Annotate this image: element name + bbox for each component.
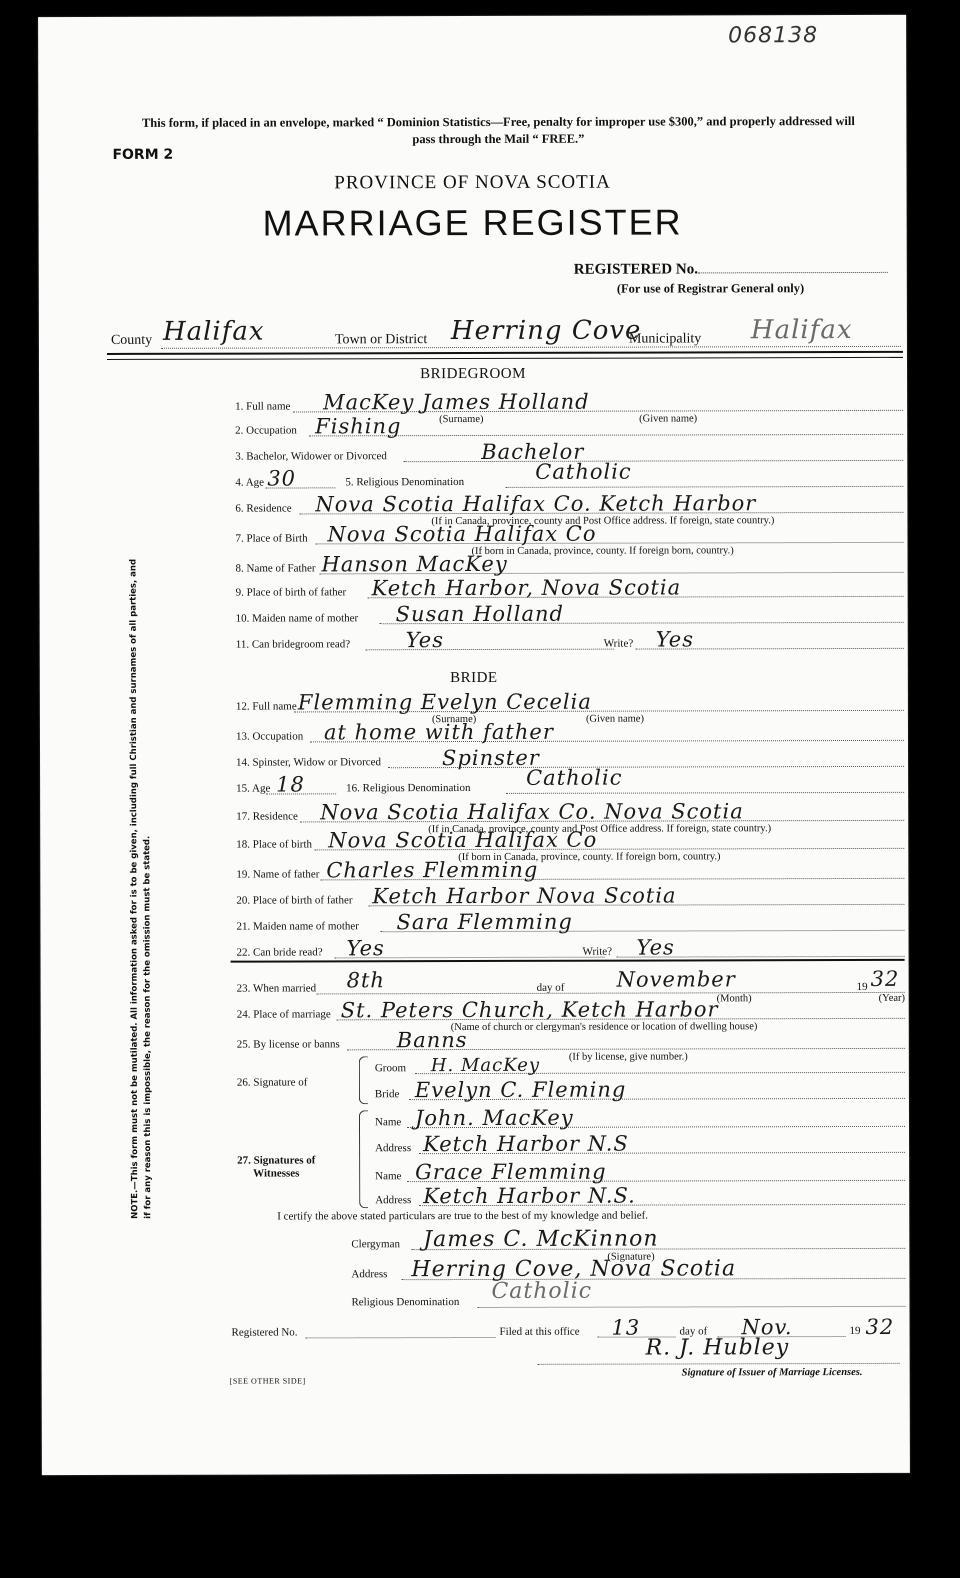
- clergyman-label: Clergyman: [351, 1238, 400, 1250]
- form-number: FORM 2: [112, 147, 173, 163]
- signature-brace: [359, 1056, 368, 1104]
- witness-name-label: Name: [375, 1170, 401, 1182]
- dotted-line: [505, 486, 903, 488]
- bride-read-label: 22. Can bride read?: [237, 946, 323, 958]
- bride-heading: BRIDE: [40, 669, 908, 688]
- groom-signature-row: Groom H. MacKey: [375, 1053, 905, 1076]
- groom-age-label: 4. Age: [235, 477, 264, 489]
- clergy-denomination-row: Religious Denomination Catholic: [351, 1285, 905, 1310]
- filed-day-value: 13: [611, 1316, 640, 1340]
- bride-father-birthplace-value: Ketch Harbor Nova Scotia: [372, 883, 676, 908]
- dotted-line: [306, 1337, 496, 1338]
- clergy-denomination-value: Catholic: [491, 1279, 592, 1304]
- groom-signature-label: Groom: [375, 1062, 406, 1074]
- bride-occupation-label: 13. Occupation: [236, 730, 303, 742]
- year-prefix: 19: [857, 981, 868, 993]
- witness-2-address-row: Address Ketch Harbor N.S.: [375, 1185, 905, 1208]
- filing-registered-no-label: Registered No.: [232, 1326, 298, 1338]
- filing-row: Registered No. Filed at this office 13 d…: [232, 1317, 906, 1341]
- groom-religion-value: Catholic: [535, 460, 631, 484]
- clergy-address-label: Address: [351, 1268, 387, 1280]
- mail-notice: This form, if placed in an envelope, mar…: [138, 113, 858, 149]
- groom-read-label: 11. Can bridegroom read?: [236, 638, 350, 650]
- witness-2-address: Ketch Harbor N.S.: [423, 1184, 636, 1209]
- bride-write-label: Write?: [583, 946, 613, 958]
- groom-occupation-row: 2. Occupation Fishing: [235, 415, 903, 439]
- groom-father-row: 8. Name of Father Hanson MacKey: [236, 553, 904, 577]
- groom-occupation-value: Fishing: [315, 414, 401, 438]
- groom-birthplace-row: 7. Place of Birth Nova Scotia Halifax Co: [235, 523, 903, 547]
- signature-of-label: 26. Signature of: [237, 1076, 308, 1088]
- dotted-line: [506, 792, 904, 794]
- groom-mother-value: Susan Holland: [396, 602, 564, 626]
- dotted-line: [477, 1306, 905, 1308]
- license-banns-row: 25. By license or banns Banns: [237, 1029, 905, 1053]
- groom-father-label: 8. Name of Father: [236, 562, 316, 574]
- bride-status-label: 14. Spinster, Widow or Divorced: [236, 756, 381, 768]
- groom-birthplace-label: 7. Place of Birth: [235, 532, 307, 544]
- clergy-denomination-label: Religious Denomination: [351, 1296, 459, 1308]
- witness-name-label: Name: [375, 1116, 401, 1128]
- witness-address-label: Address: [375, 1142, 411, 1154]
- groom-father-birthplace-row: 9. Place of birth of father Ketch Harbor…: [236, 577, 904, 601]
- groom-full-name-label: 1. Full name: [235, 400, 290, 412]
- bride-birthplace-label: 18. Place of birth: [236, 838, 312, 850]
- issuer-signature-line: [538, 1363, 900, 1365]
- groom-age-religion-row: 4. Age 30 5. Religious Denomination Cath…: [235, 467, 903, 491]
- location-line: [161, 346, 901, 349]
- bride-section-divider: [231, 959, 905, 963]
- place-of-marriage-label: 24. Place of marriage: [237, 1008, 331, 1020]
- bride-father-row: 19. Name of father Charles Flemming: [236, 859, 904, 883]
- marriage-day-value: 8th: [347, 968, 385, 992]
- registered-number-line: [698, 272, 888, 273]
- registered-number-note: (For use of Registrar General only): [617, 281, 804, 296]
- bride-mother-value: Sara Flemming: [396, 910, 572, 934]
- groom-full-name-value: MacKey James Holland: [323, 390, 590, 415]
- groom-signature: H. MacKey: [431, 1055, 540, 1076]
- witness-2-name: Grace Flemming: [415, 1160, 606, 1185]
- marriage-date-row: 23. When married 8th day of November 19 …: [237, 973, 905, 997]
- issuer-label: Signature of Issuer of Marriage Licenses…: [682, 1367, 863, 1378]
- bride-religion-label: 16. Religious Denomination: [346, 782, 470, 794]
- certification-statement: I certify the above stated particulars a…: [277, 1210, 648, 1223]
- groom-age-value: 30: [267, 466, 296, 490]
- groom-birthplace-value: Nova Scotia Halifax Co: [327, 522, 596, 547]
- witness-1-name-row: Name John. MacKey: [375, 1107, 905, 1130]
- bride-birthplace-value: Nova Scotia Halifax Co: [328, 828, 597, 853]
- page-title: MARRIAGE REGISTER: [39, 201, 907, 245]
- header-divider: [107, 351, 903, 360]
- bride-father-value: Charles Flemming: [326, 858, 538, 883]
- bride-full-name-label: 12. Full name: [236, 700, 297, 712]
- bride-father-label: 19. Name of father: [236, 868, 319, 880]
- groom-residence-row: 6. Residence Nova Scotia Halifax Co. Ket…: [235, 493, 903, 517]
- registered-number-label: REGISTERED No.: [574, 261, 698, 277]
- municipality-label: Municipality: [629, 331, 701, 347]
- groom-write-value: Yes: [656, 627, 694, 651]
- filed-year-value: 32: [865, 1315, 894, 1339]
- place-of-marriage-value: St. Peters Church, Ketch Harbor: [341, 997, 719, 1022]
- license-banns-value: Banns: [397, 1028, 468, 1052]
- bride-birthplace-row: 18. Place of birth Nova Scotia Halifax C…: [236, 829, 904, 853]
- groom-father-birthplace-label: 9. Place of birth of father: [236, 586, 347, 598]
- bride-literacy-row: 22. Can bride read? Yes Write? Yes: [237, 937, 905, 961]
- groom-father-value: Hanson MacKey: [321, 552, 507, 576]
- groom-write-label: Write?: [604, 638, 634, 650]
- town-label: Town or District: [335, 332, 427, 348]
- municipality-value: Halifax: [751, 315, 853, 345]
- registered-number-field: REGISTERED No.: [574, 261, 888, 279]
- dotted-line: [317, 992, 905, 995]
- witnesses-label: 27. Signatures of Witnesses: [237, 1154, 315, 1180]
- marriage-place-row: 24. Place of marriage St. Peters Church,…: [237, 999, 905, 1023]
- bride-write-value: Yes: [636, 935, 674, 959]
- issuer-signature: R. J. Hubley: [646, 1335, 790, 1360]
- bride-occupation-row: 13. Occupation at home with father: [236, 721, 904, 745]
- filed-year-prefix: 19: [850, 1325, 861, 1337]
- dotted-line: [403, 460, 903, 462]
- day-of-label: day of: [537, 982, 565, 994]
- when-married-label: 23. When married: [237, 982, 317, 994]
- groom-religion-label: 5. Religious Denomination: [345, 476, 464, 488]
- witness-1-name: John. MacKey: [415, 1106, 574, 1130]
- bride-mother-row: 21. Maiden name of mother Sara Flemming: [236, 911, 904, 935]
- bride-full-name-row: 12. Full name Flemming Evelyn Cecelia: [236, 691, 904, 715]
- clergyman-signature: James C. McKinnon: [423, 1227, 658, 1253]
- marriage-register-form: 068138 This form, if placed in an envelo…: [38, 15, 910, 1475]
- bride-age-value: 18: [276, 772, 305, 796]
- bridegroom-heading: BRIDEGROOM: [39, 365, 907, 384]
- bride-residence-row: 17. Residence Nova Scotia Halifax Co. No…: [236, 801, 904, 825]
- witnesses-brace: [359, 1110, 368, 1208]
- marriage-year-value: 32: [871, 967, 900, 991]
- groom-residence-label: 6. Residence: [235, 502, 291, 514]
- witnesses-label-line2: Witnesses: [237, 1167, 315, 1180]
- witnesses-label-line1: 27. Signatures of: [237, 1154, 315, 1167]
- bride-mother-label: 21. Maiden name of mother: [236, 920, 359, 932]
- see-other-side: [SEE OTHER SIDE]: [230, 1376, 306, 1385]
- clergy-address-row: Address Herring Cove, Nova Scotia: [351, 1257, 905, 1282]
- groom-literacy-row: 11. Can bridegroom read? Yes Write? Yes: [236, 629, 904, 653]
- bride-signature-label: Bride: [375, 1088, 399, 1100]
- groom-status-label: 3. Bachelor, Widower or Divorced: [235, 450, 387, 462]
- groom-occupation-label: 2. Occupation: [235, 424, 297, 436]
- bride-signature-row: Bride Evelyn C. Fleming: [375, 1079, 905, 1102]
- bride-religion-value: Catholic: [526, 766, 622, 790]
- groom-residence-value: Nova Scotia Halifax Co. Ketch Harbor: [315, 491, 756, 516]
- bride-read-value: Yes: [347, 936, 385, 960]
- bride-father-birthplace-label: 20. Place of birth of father: [236, 894, 352, 906]
- bride-age-religion-row: 15. Age 18 16. Religious Denomination Ca…: [236, 773, 904, 797]
- bride-full-name-value: Flemming Evelyn Cecelia: [298, 690, 592, 715]
- witness-1-address: Ketch Harbor N.S: [423, 1132, 629, 1157]
- witness-2-name-row: Name Grace Flemming: [375, 1161, 905, 1184]
- clergyman-row: Clergyman James C. McKinnon: [351, 1227, 905, 1252]
- town-value: Herring Cove: [451, 316, 642, 346]
- side-note: NOTE.—This form must not be mutilated. A…: [128, 559, 156, 1219]
- bride-residence-value: Nova Scotia Halifax Co. Nova Scotia: [320, 799, 744, 824]
- witness-1-address-row: Address Ketch Harbor N.S: [375, 1133, 905, 1156]
- dotted-line: [366, 649, 614, 651]
- witness-address-label: Address: [375, 1194, 411, 1206]
- filed-label: Filed at this office: [500, 1326, 580, 1338]
- bride-occupation-value: at home with father: [324, 720, 554, 745]
- groom-read-value: Yes: [406, 628, 444, 652]
- bride-residence-label: 17. Residence: [236, 810, 298, 822]
- groom-father-birthplace-value: Ketch Harbor, Nova Scotia: [372, 575, 682, 600]
- county-label: County: [111, 333, 152, 349]
- groom-full-name-row: 1. Full name MacKey James Holland: [235, 391, 903, 415]
- province-heading: PROVINCE OF NOVA SCOTIA: [39, 171, 907, 195]
- bride-father-birthplace-row: 20. Place of birth of father Ketch Harbo…: [236, 885, 904, 909]
- marriage-month-value: November: [617, 967, 736, 991]
- location-row: County Halifax Town or District Herring …: [111, 311, 901, 353]
- archive-number: 068138: [728, 23, 818, 48]
- license-banns-label: 25. By license or banns: [237, 1038, 340, 1050]
- groom-mother-row: 10. Maiden name of mother Susan Holland: [236, 603, 904, 627]
- county-value: Halifax: [163, 317, 265, 347]
- bride-signature: Evelyn C. Fleming: [415, 1078, 626, 1103]
- groom-mother-label: 10. Maiden name of mother: [236, 612, 359, 624]
